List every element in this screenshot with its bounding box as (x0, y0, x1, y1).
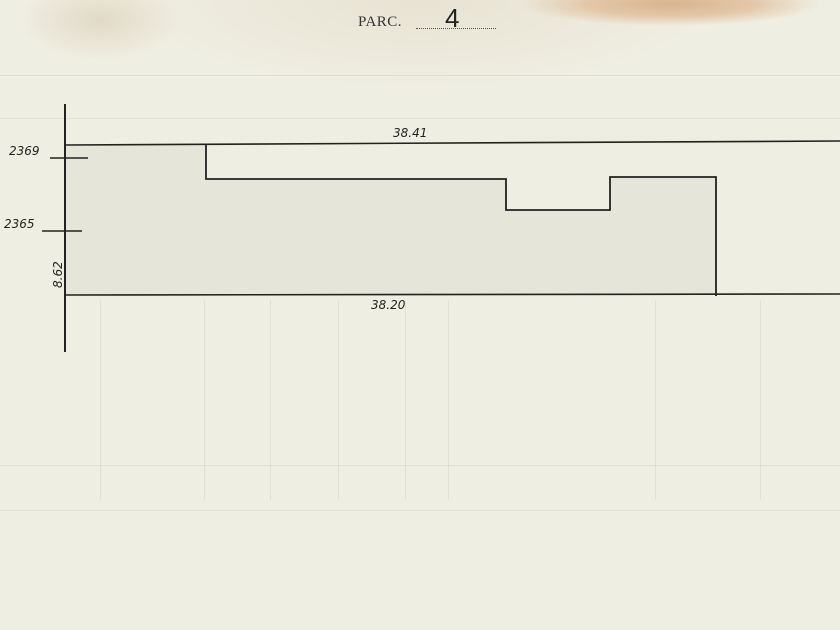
top-dimension-label: 38.41 (393, 126, 427, 140)
bottom-dimension-label: 38.20 (371, 298, 406, 312)
left-dimension-label: 8.62 (51, 261, 65, 288)
bottom-boundary-line (65, 294, 840, 295)
marker-label-2369: 2369 (9, 144, 40, 158)
parcel-shaded-area (65, 145, 716, 295)
parcel-plan: 38.41 38.20 2369 2365 8.62 (0, 0, 840, 630)
marker-label-2365: 2365 (4, 217, 35, 231)
top-boundary-line (65, 141, 840, 145)
